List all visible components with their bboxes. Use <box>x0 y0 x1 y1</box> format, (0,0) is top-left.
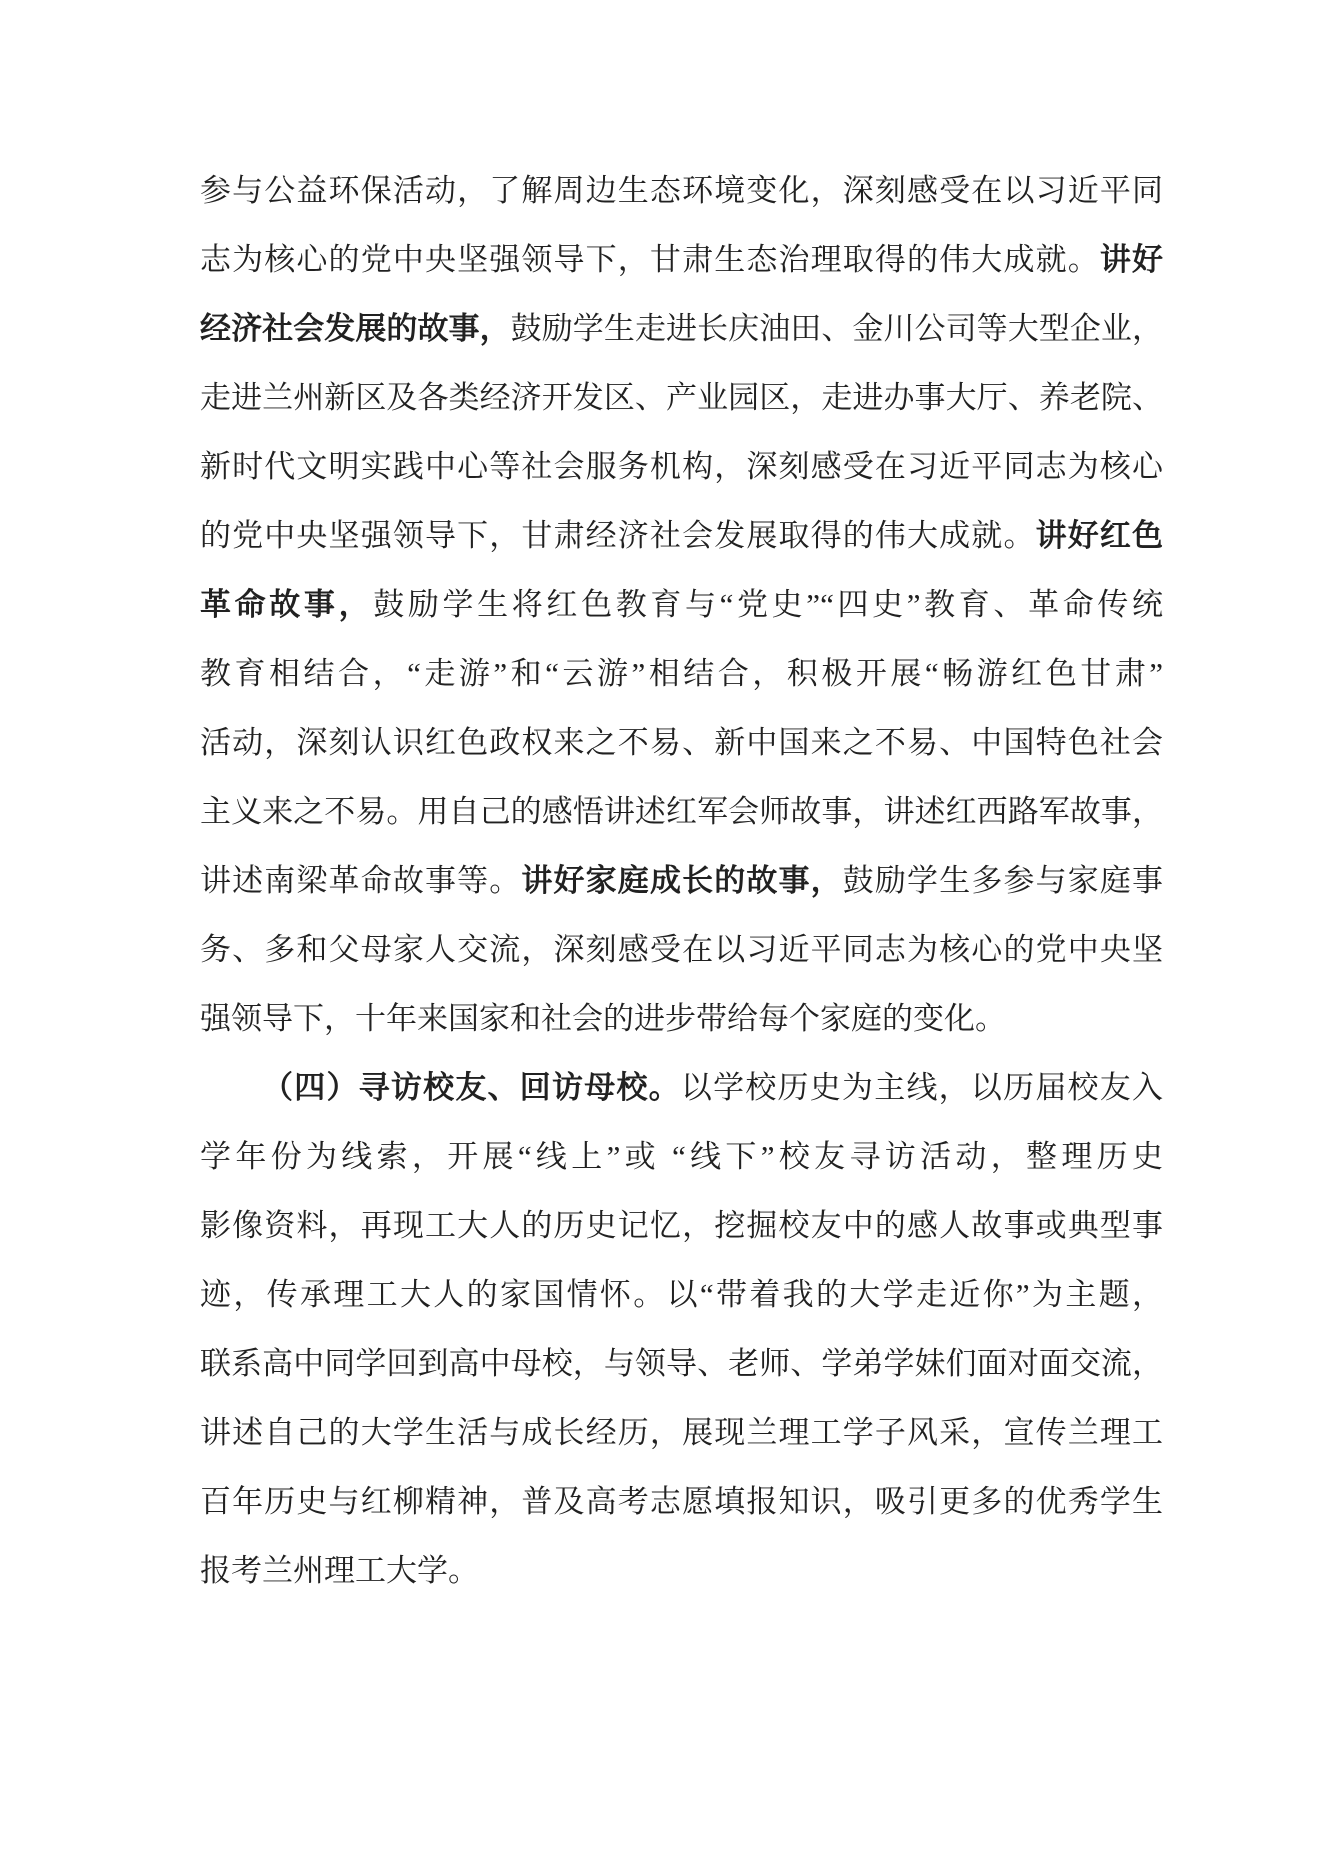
text-line: 新时代文明实践中心等社会服务机构，深刻感受在习近平同志为核心 <box>200 432 1163 501</box>
text-run: 新时代文明实践中心等社会服务机构，深刻感受在习近平同志为核心 <box>200 449 1163 484</box>
text-line: 参与公益环保活动，了解周边生态环境变化，深刻感受在以习近平同 <box>200 156 1163 225</box>
text-run: 强领导下，十年来国家和社会的进步带给每个家庭的变化。 <box>200 1001 1006 1036</box>
text-run: 教育相结合，“走游”和“云游”相结合，积极开展“畅游红色甘肃” <box>200 656 1163 691</box>
text-run: 学年份为线索，开展“线上”或 “线下”校友寻访活动，整理历史 <box>200 1139 1163 1174</box>
text-run-bold: （四）寻访校友、回访母校。 <box>262 1070 681 1105</box>
text-line: 教育相结合，“走游”和“云游”相结合，积极开展“畅游红色甘肃” <box>200 639 1163 708</box>
text-line: 讲述自己的大学生活与成长经历，展现兰理工学子风采，宣传兰理工 <box>200 1398 1163 1467</box>
text-run-bold: 经济社会发展的故事， <box>200 311 511 346</box>
paragraph: 参与公益环保活动，了解周边生态环境变化，深刻感受在以习近平同志为核心的党中央坚强… <box>200 156 1163 1053</box>
text-line: 的党中央坚强领导下，甘肃经济社会发展取得的伟大成就。讲好红色 <box>200 501 1163 570</box>
text-line: 影像资料，再现工大人的历史记忆，挖掘校友中的感人故事或典型事 <box>200 1191 1163 1260</box>
text-line: 志为核心的党中央坚强领导下，甘肃生态治理取得的伟大成就。讲好 <box>200 225 1163 294</box>
text-run: 务、多和父母家人交流，深刻感受在以习近平同志为核心的党中央坚 <box>200 932 1163 967</box>
text-line: 联系高中同学回到高中母校，与领导、老师、学弟学妹们面对面交流， <box>200 1329 1163 1398</box>
text-line: 务、多和父母家人交流，深刻感受在以习近平同志为核心的党中央坚 <box>200 915 1163 984</box>
text-run: 鼓励学生走进长庆油田、金川公司等大型企业， <box>511 311 1163 346</box>
text-run: 讲述南梁革命故事等。 <box>200 863 521 898</box>
text-line: 主义来之不易。用自己的感悟讲述红军会师故事，讲述红西路军故事， <box>200 777 1163 846</box>
text-run: 的党中央坚强领导下，甘肃经济社会发展取得的伟大成就。 <box>200 518 1036 553</box>
text-run: 报考兰州理工大学。 <box>200 1553 479 1588</box>
text-line: 报考兰州理工大学。 <box>200 1536 1163 1605</box>
text-run: 联系高中同学回到高中母校，与领导、老师、学弟学妹们面对面交流， <box>200 1346 1163 1381</box>
text-run: 鼓励学生将红色教育与“党史”“四史”教育、革命传统 <box>373 587 1163 622</box>
text-line: 讲述南梁革命故事等。讲好家庭成长的故事，鼓励学生多参与家庭事 <box>200 846 1163 915</box>
text-line: 百年历史与红柳精神，普及高考志愿填报知识，吸引更多的优秀学生 <box>200 1467 1163 1536</box>
text-run: 百年历史与红柳精神，普及高考志愿填报知识，吸引更多的优秀学生 <box>200 1484 1163 1519</box>
document-page: 参与公益环保活动，了解周边生态环境变化，深刻感受在以习近平同志为核心的党中央坚强… <box>0 0 1323 1871</box>
text-run: 影像资料，再现工大人的历史记忆，挖掘校友中的感人故事或典型事 <box>200 1208 1163 1243</box>
document-text-block: 参与公益环保活动，了解周边生态环境变化，深刻感受在以习近平同志为核心的党中央坚强… <box>200 156 1163 1605</box>
text-line: 革命故事，鼓励学生将红色教育与“党史”“四史”教育、革命传统 <box>200 570 1163 639</box>
text-line: 学年份为线索，开展“线上”或 “线下”校友寻访活动，整理历史 <box>200 1122 1163 1191</box>
text-run: 志为核心的党中央坚强领导下，甘肃生态治理取得的伟大成就。 <box>200 242 1100 277</box>
text-run: 活动，深刻认识红色政权来之不易、新中国来之不易、中国特色社会 <box>200 725 1163 760</box>
text-line: 活动，深刻认识红色政权来之不易、新中国来之不易、中国特色社会 <box>200 708 1163 777</box>
text-run: 以学校历史为主线，以历届校友入 <box>681 1070 1163 1105</box>
text-run: 迹，传承理工大人的家国情怀。以“带着我的大学走近你”为主题， <box>200 1277 1163 1312</box>
text-line: 强领导下，十年来国家和社会的进步带给每个家庭的变化。 <box>200 984 1163 1053</box>
text-line: 迹，传承理工大人的家国情怀。以“带着我的大学走近你”为主题， <box>200 1260 1163 1329</box>
text-run-bold: 革命故事， <box>200 587 373 622</box>
text-run-bold: 讲好家庭成长的故事， <box>521 863 842 898</box>
text-run: 主义来之不易。用自己的感悟讲述红军会师故事，讲述红西路军故事， <box>200 794 1163 829</box>
text-line: （四）寻访校友、回访母校。以学校历史为主线，以历届校友入 <box>200 1053 1163 1122</box>
text-run: 讲述自己的大学生活与成长经历，展现兰理工学子风采，宣传兰理工 <box>200 1415 1163 1450</box>
text-run-bold: 讲好红色 <box>1036 518 1163 553</box>
text-run: 参与公益环保活动，了解周边生态环境变化，深刻感受在以习近平同 <box>200 173 1163 208</box>
text-line: 经济社会发展的故事，鼓励学生走进长庆油田、金川公司等大型企业， <box>200 294 1163 363</box>
text-run-bold: 讲好 <box>1100 242 1163 277</box>
text-run: 鼓励学生多参与家庭事 <box>843 863 1163 898</box>
text-run: 走进兰州新区及各类经济开发区、产业园区，走进办事大厅、养老院、 <box>200 380 1163 415</box>
text-line: 走进兰州新区及各类经济开发区、产业园区，走进办事大厅、养老院、 <box>200 363 1163 432</box>
paragraph: （四）寻访校友、回访母校。以学校历史为主线，以历届校友入学年份为线索，开展“线上… <box>200 1053 1163 1605</box>
